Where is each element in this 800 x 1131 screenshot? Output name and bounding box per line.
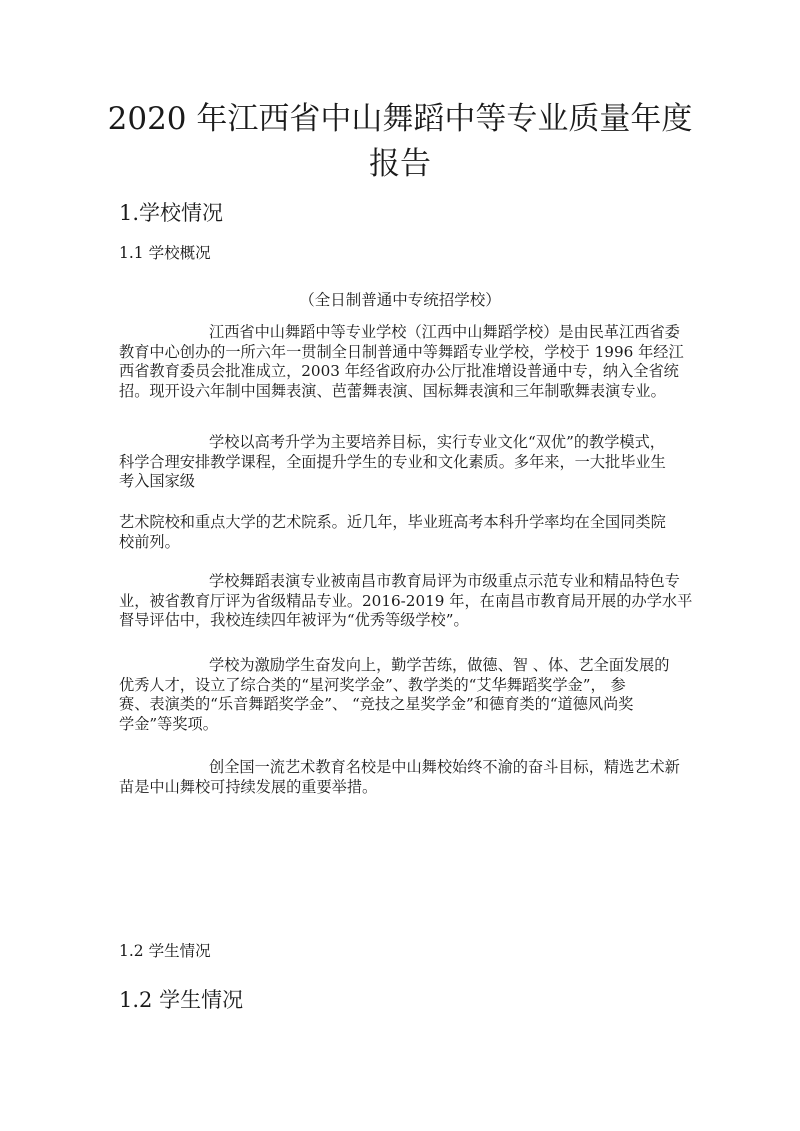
- subsection-heading-student-situation-small: 1.2 学生情况: [119, 940, 211, 962]
- title-line-1: 2020 年江西省中山舞蹈中等专业质量年度: [108, 101, 693, 137]
- paragraph-honors: 学校舞蹈表演专业被南昌市教育局评为市级重点示范专业和精品特色专 业，被省教育厅评…: [119, 572, 685, 631]
- title-line-2: 报告: [369, 146, 431, 182]
- paragraph-line: 创全国一流艺术教育名校是中山舞校始终不渝的奋斗目标，精选艺术新: [119, 758, 685, 778]
- paragraph-admission-results: 艺术院校和重点大学的艺术院系。近几年，毕业班高考本科升学率均在全国同类院 校前列…: [119, 513, 685, 552]
- paragraph-line: 学校为激励学生奋发向上，勤学苦练，做德、智 、体、艺全面发展的: [119, 656, 685, 676]
- paragraph-line: 招。现开设六年制中国舞表演、芭蕾舞表演、国标舞表演和三年制歌舞表演专业。: [119, 382, 685, 402]
- subsection-heading-student-situation-large: 1.2 学生情况: [119, 986, 243, 1014]
- document-page: 2020 年江西省中山舞蹈中等专业质量年度 报告 1.学校情况 1.1 学校概况…: [0, 0, 800, 1131]
- paragraph-line: 学校舞蹈表演专业被南昌市教育局评为市级重点示范专业和精品特色专: [119, 572, 685, 592]
- subsection-heading-school-overview: 1.1 学校概况: [119, 242, 211, 264]
- paragraph-line: 教育中心创办的一所六年一贯制全日制普通中等舞蹈专业学校，学校于 1996 年经江: [119, 343, 685, 363]
- paragraph-line: 西省教育委员会批准成立，2003 年经省政府办公厅批准增设普通中专，纳入全省统: [119, 362, 685, 382]
- paragraph-line: 艺术院校和重点大学的艺术院系。近几年，毕业班高考本科升学率均在全国同类院: [119, 513, 685, 533]
- section-heading-school-situation: 1.学校情况: [119, 199, 223, 227]
- school-type-subtitle: （全日制普通中专统招学校）: [100, 289, 700, 311]
- paragraph-line: 科学合理安排教学课程，全面提升学生的专业和文化素质。多年来，一大批毕业生: [119, 453, 685, 473]
- paragraph-scholarships: 学校为激励学生奋发向上，勤学苦练，做德、智 、体、艺全面发展的 优秀人才，设立了…: [119, 656, 685, 734]
- paragraph-line: 苗是中山舞校可持续发展的重要举措。: [119, 778, 685, 798]
- paragraph-line: 考入国家级: [119, 472, 685, 492]
- paragraph-line: 赛、表演类的“乐音舞蹈奖学金”、 “竞技之星奖学金”和德育类的“道德风尚奖: [119, 695, 685, 715]
- paragraph-line: 学校以高考升学为主要培养目标，实行专业文化“双优”的教学模式，: [119, 433, 685, 453]
- paragraph-line: 学金”等奖项。: [119, 715, 685, 735]
- paragraph-line: 校前列。: [119, 533, 685, 553]
- paragraph-line: 业，被省教育厅评为省级精品专业。2016-2019 年，在南昌市教育局开展的办学…: [119, 592, 685, 612]
- paragraph-mission: 创全国一流艺术教育名校是中山舞校始终不渝的奋斗目标，精选艺术新 苗是中山舞校可持…: [119, 758, 685, 797]
- paragraph-school-intro: 江西省中山舞蹈中等专业学校（江西中山舞蹈学校）是由民革江西省委 教育中心创办的一…: [119, 323, 685, 401]
- document-title: 2020 年江西省中山舞蹈中等专业质量年度 报告: [100, 97, 700, 187]
- paragraph-line: 督导评估中，我校连续四年被评为“优秀等级学校”。: [119, 611, 685, 631]
- paragraph-line: 江西省中山舞蹈中等专业学校（江西中山舞蹈学校）是由民革江西省委: [119, 323, 685, 343]
- paragraph-line: 优秀人才，设立了综合类的“星河奖学金”、教学类的“艾华舞蹈奖学金”， 参: [119, 676, 685, 696]
- paragraph-training-goal: 学校以高考升学为主要培养目标，实行专业文化“双优”的教学模式， 科学合理安排教学…: [119, 433, 685, 492]
